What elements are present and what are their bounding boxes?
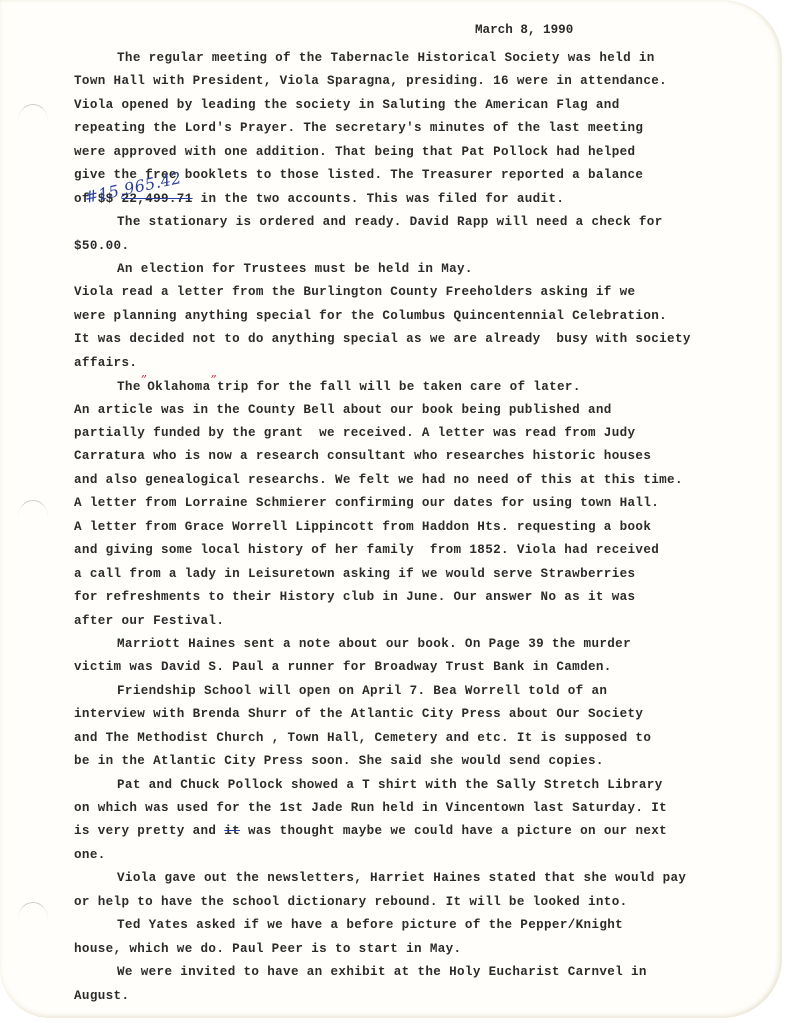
text-line: and The Methodist Church , Town Hall, Ce…	[74, 727, 764, 750]
punch-hole-mark	[18, 500, 48, 517]
text-line: a call from a lady in Leisuretown asking…	[74, 563, 764, 586]
text-line: Friendship School will open on April 7. …	[74, 680, 764, 703]
text-line: A letter from Grace Worrell Lippincott f…	[74, 516, 764, 539]
text-line: of $$ 22,499.71 in the two accounts. Thi…	[74, 188, 764, 211]
text-line: Ted Yates asked if we have a before pict…	[74, 914, 764, 937]
text-line: Viola read a letter from the Burlington …	[74, 281, 764, 304]
text-line: Town Hall with President, Viola Sparagna…	[74, 70, 764, 93]
text-line: Carratura who is now a research consulta…	[74, 445, 764, 468]
text-line: A letter from Lorraine Schmierer confirm…	[74, 492, 764, 515]
text-line: victim was David S. Paul a runner for Br…	[74, 656, 764, 679]
text-line: and also genealogical researchs. We felt…	[74, 469, 764, 492]
text-line: interview with Brenda Shurr of the Atlan…	[74, 703, 764, 726]
text-line: partially funded by the grant we receive…	[74, 422, 764, 445]
text-line: affairs.	[74, 352, 764, 375]
text-line: were approved with one addition. That be…	[74, 141, 764, 164]
text-line: and giving some local history of her fam…	[74, 539, 764, 562]
text-line: after our Festival.	[74, 610, 764, 633]
text-line: The regular meeting of the Tabernacle Hi…	[74, 47, 764, 70]
handwritten-quote-mark: ”	[211, 373, 218, 387]
document-date: March 8, 1990	[475, 23, 573, 37]
text-line: repeating the Lord's Prayer. The secreta…	[74, 117, 764, 140]
text-line: $50.00.	[74, 235, 764, 258]
minutes-body: The regular meeting of the Tabernacle Hi…	[74, 47, 764, 1008]
text-line: is very pretty and it was thought maybe …	[74, 820, 764, 843]
text-line: Viola opened by leading the society in S…	[74, 94, 764, 117]
text-line: Viola gave out the newsletters, Harriet …	[74, 867, 764, 890]
struck-word: it	[224, 824, 240, 838]
text-line: The”Oklahoma”trip for the fall will be t…	[74, 375, 764, 398]
text-line: for refreshments to their History club i…	[74, 586, 764, 609]
text-line: on which was used for the 1st Jade Run h…	[74, 797, 764, 820]
text-line: or help to have the school dictionary re…	[74, 891, 764, 914]
text-line: An election for Trustees must be held in…	[74, 258, 764, 281]
text-line: Marriott Haines sent a note about our bo…	[74, 633, 764, 656]
handwritten-quote-mark: ”	[141, 373, 148, 387]
text-line: one.	[74, 844, 764, 867]
text-line: August.	[74, 985, 764, 1008]
text-line: house, which we do. Paul Peer is to star…	[74, 938, 764, 961]
text-line: Pat and Chuck Pollock showed a T shirt w…	[74, 774, 764, 797]
text-line: It was decided not to do anything specia…	[74, 328, 764, 351]
text-line: We were invited to have an exhibit at th…	[74, 961, 764, 984]
punch-hole-mark	[18, 902, 48, 919]
text-line: were planning anything special for the C…	[74, 305, 764, 328]
text-line: An article was in the County Bell about …	[74, 399, 764, 422]
text-line: The stationary is ordered and ready. Dav…	[74, 211, 764, 234]
punch-hole-mark	[18, 104, 48, 121]
text-line: be in the Atlantic City Press soon. She …	[74, 750, 764, 773]
